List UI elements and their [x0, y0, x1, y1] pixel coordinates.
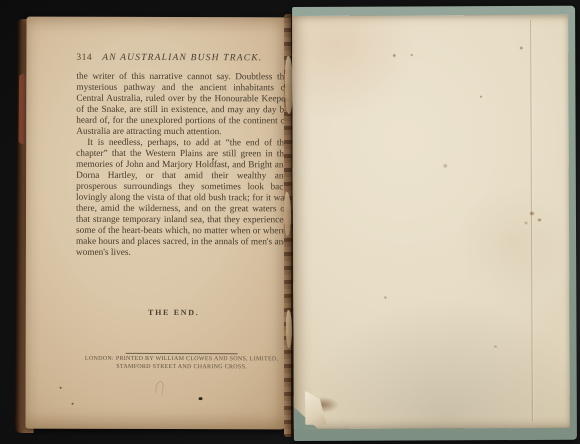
running-header-title: AN AUSTRALIAN BUSH TRACK.: [92, 53, 288, 64]
paper-speck: [199, 397, 203, 400]
foxing-spot: [519, 46, 523, 50]
paper-speck: [212, 158, 214, 160]
foxing-spot: [537, 218, 542, 222]
imprint-rule: [126, 353, 238, 354]
imprint-line-2: STAMFORD STREET AND CHARING CROSS.: [76, 363, 288, 371]
paragraph: It is needless, perhaps, to add at “the …: [76, 138, 288, 259]
cloth-turn-in-edge: [530, 20, 533, 421]
imprint-line-1: LONDON: PRINTED BY WILLIAM CLOWES AND SO…: [76, 356, 288, 364]
foxing-spot: [529, 211, 535, 216]
foxing-spot: [494, 345, 498, 348]
body-text: the writer of this narrative cannot say.…: [76, 72, 288, 259]
foxing-spot: [443, 163, 448, 168]
paper-speck: [72, 403, 74, 405]
foxing-spot: [392, 54, 396, 58]
torn-paper-remnant: [286, 310, 292, 348]
paper-speck: [60, 387, 62, 389]
running-head: 314 AN AUSTRALIAN BUSH TRACK.: [76, 53, 288, 64]
foxing-spot: [479, 95, 482, 98]
pencil-mark: [155, 380, 165, 395]
back-cover-board: [292, 6, 577, 441]
foxing-spot: [524, 221, 528, 225]
foxing-spot: [410, 53, 413, 56]
pastedown-endpaper: [292, 15, 570, 429]
foxing-spot: [383, 296, 387, 300]
book-photo: 314 AN AUSTRALIAN BUSH TRACK. the writer…: [0, 0, 580, 444]
left-page: 314 AN AUSTRALIAN BUSH TRACK. the writer…: [25, 17, 289, 430]
page-number: 314: [76, 53, 92, 63]
printer-imprint: LONDON: PRINTED BY WILLIAM CLOWES AND SO…: [76, 353, 288, 372]
the-end-label: THE END.: [76, 308, 272, 318]
paragraph: the writer of this narrative cannot say.…: [76, 72, 288, 138]
torn-paper-remnant: [284, 192, 291, 236]
